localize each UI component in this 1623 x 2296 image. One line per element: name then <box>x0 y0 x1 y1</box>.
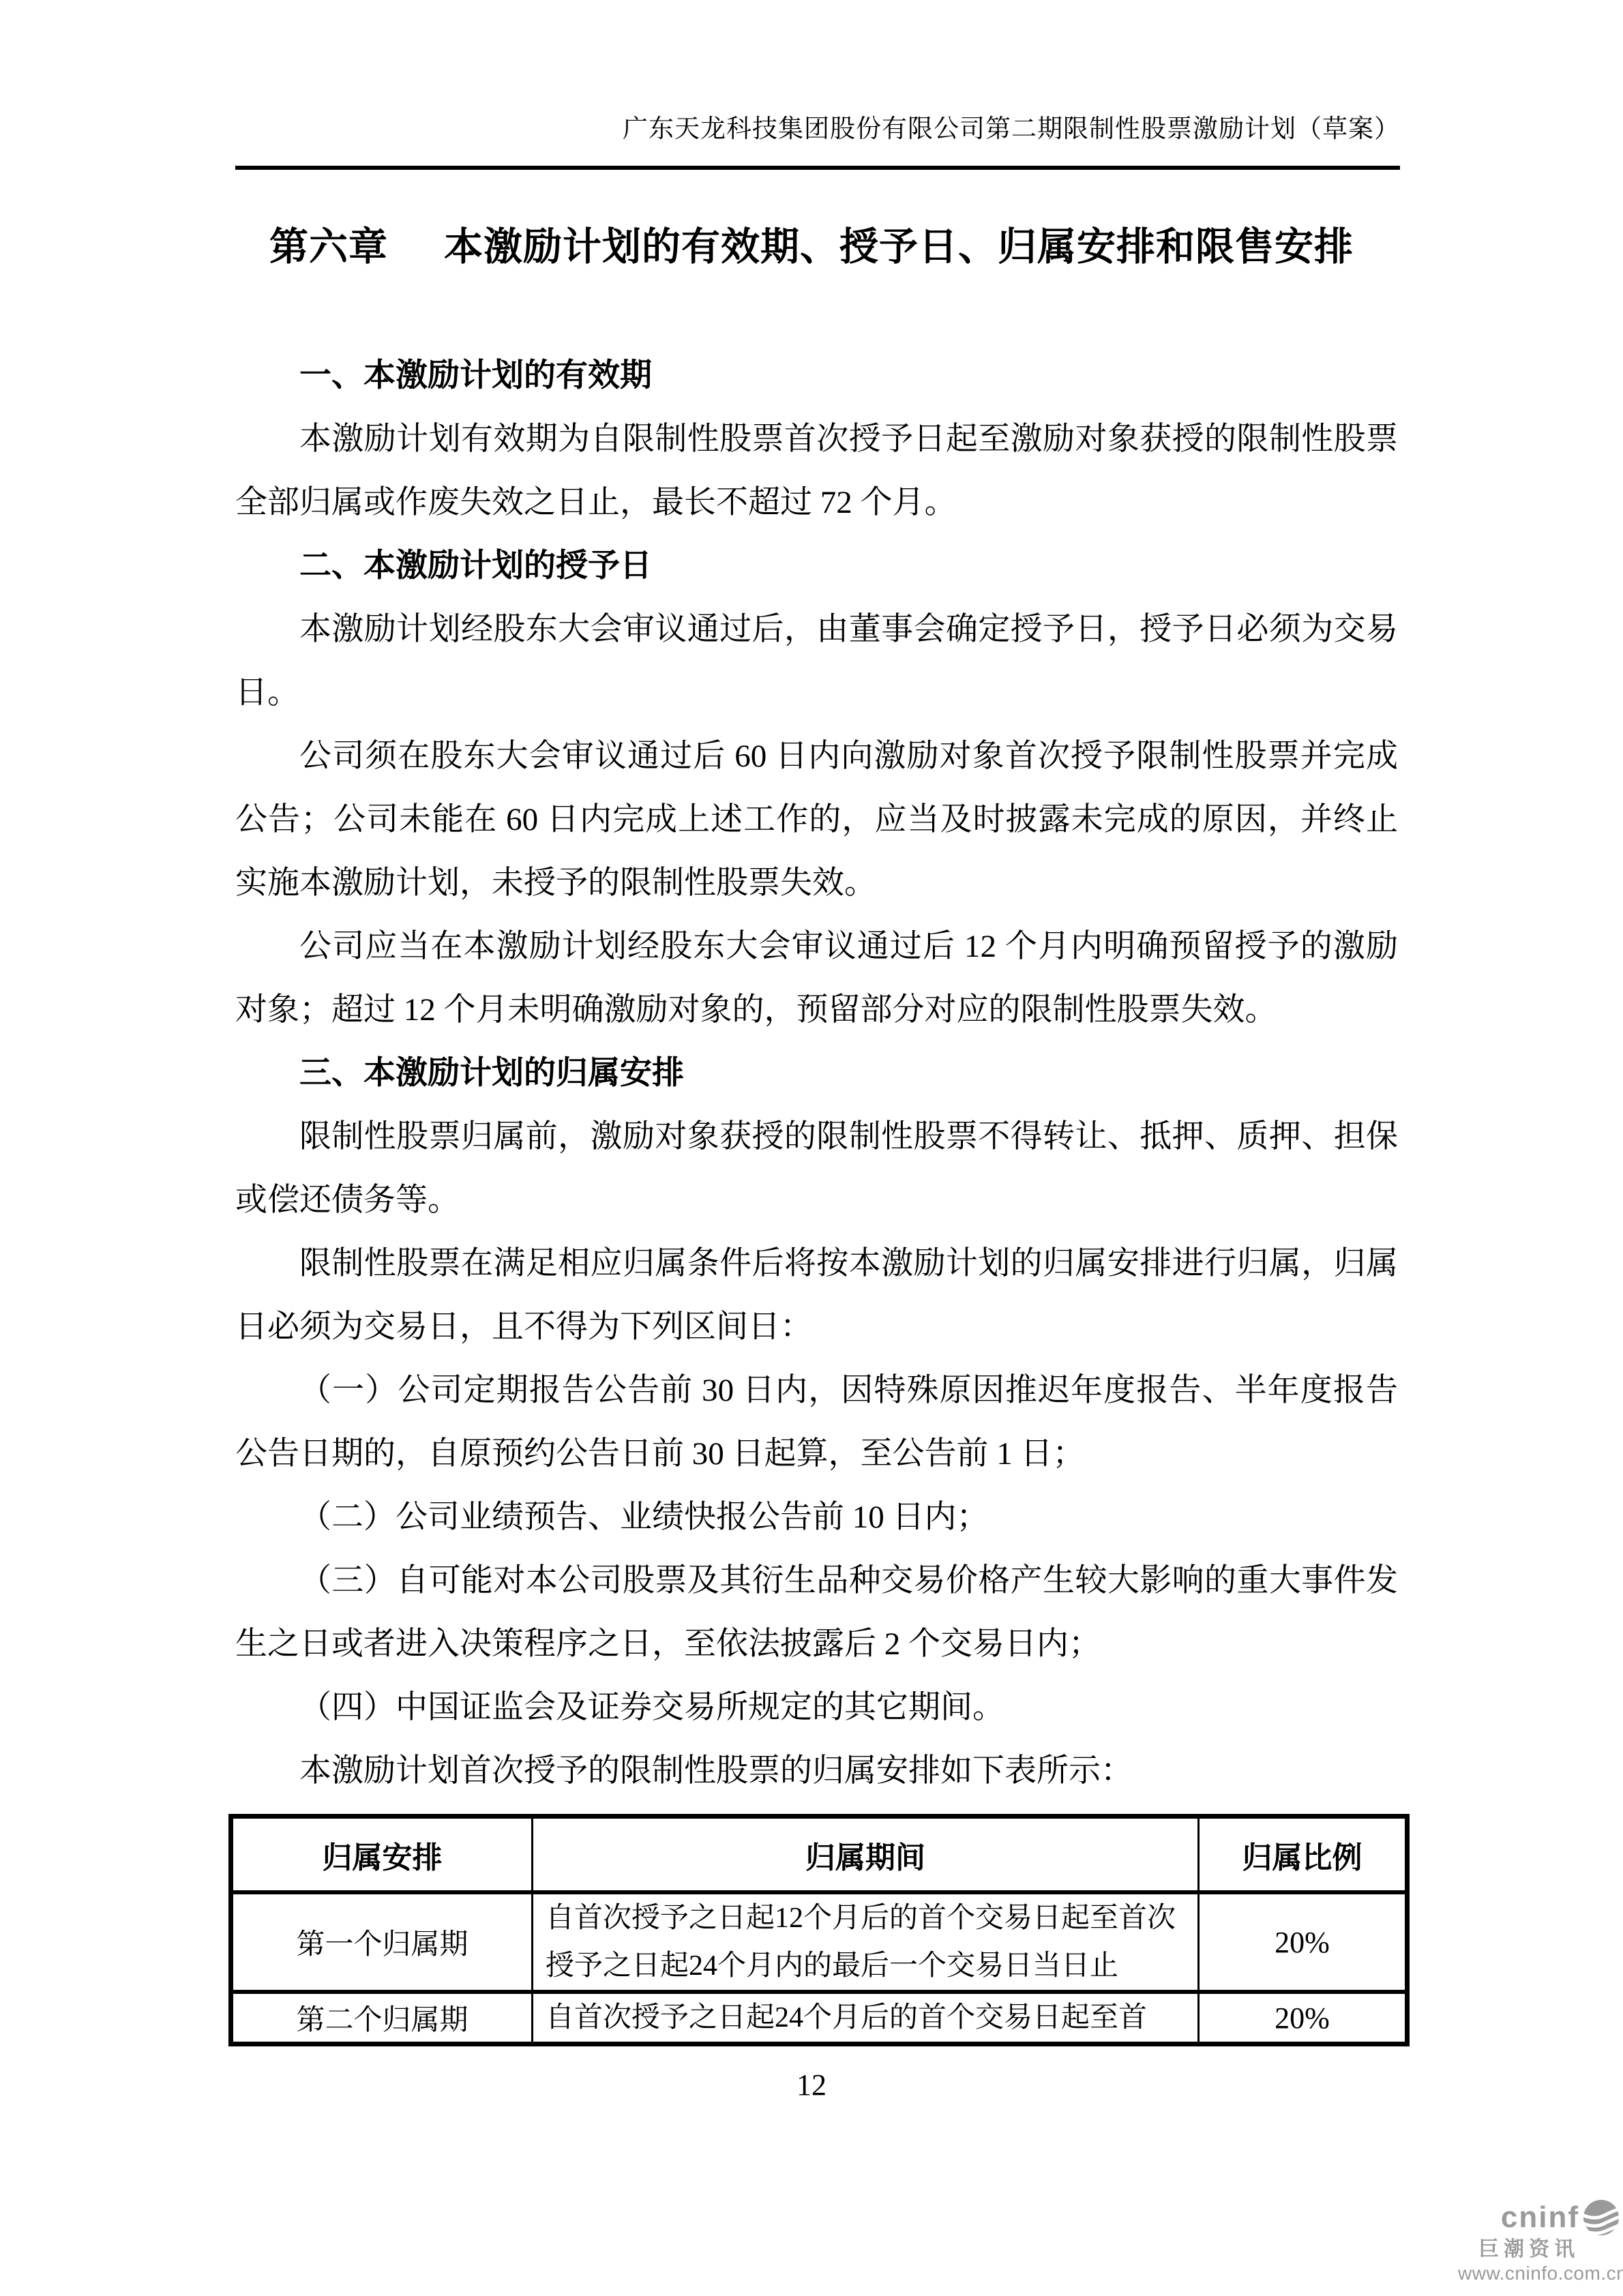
vesting-schedule-table: 归属安排 归属期间 归属比例 第一个归属期 自首次授予之日起12个月后的首个交易… <box>228 1814 1410 2046</box>
section-heading-2: 二、本激励计划的授予日 <box>235 535 1398 598</box>
paragraph: 限制性股票在满足相应归属条件后将按本激励计划的归属安排进行归属，归属日必须为交易… <box>235 1232 1398 1359</box>
cell-ratio: 20% <box>1199 1992 1408 2044</box>
section-heading-3: 三、本激励计划的归属安排 <box>235 1042 1398 1105</box>
page-number: 12 <box>0 2068 1623 2102</box>
cninfo-globe-icon <box>1583 2200 1619 2235</box>
chapter-number: 第六章 <box>269 226 388 269</box>
paragraph: 公司须在股东大会审议通过后 60 日内向激励对象首次授予限制性股票并完成公告；公… <box>235 725 1398 915</box>
table-header-row: 归属安排 归属期间 归属比例 <box>231 1817 1408 1893</box>
header-divider <box>235 166 1400 170</box>
document-page: 广东天龙科技集团股份有限公司第二期限制性股票激励计划（草案） 第六章本激励计划的… <box>0 0 1623 2296</box>
cninfo-brand-text: cninf <box>1501 2203 1579 2233</box>
chapter-title: 第六章本激励计划的有效期、授予日、归属安排和限售安排 <box>0 215 1623 271</box>
running-header: 广东天龙科技集团股份有限公司第二期限制性股票激励计划（草案） <box>235 108 1400 145</box>
col-header-period: 归属期间 <box>533 1817 1199 1893</box>
cninfo-url: www.cninfo.com.cn <box>1458 2264 1619 2283</box>
table-intro: 本激励计划首次授予的限制性股票的归属安排如下表所示： <box>235 1740 1398 1803</box>
list-item-3: （三）自可能对本公司股票及其衍生品种交易价格产生较大影响的重大事件发生之日或者进… <box>235 1549 1398 1676</box>
cell-period: 自首次授予之日起24个月后的首个交易日起至首 <box>533 1992 1199 2044</box>
paragraph: 公司应当在本激励计划经股东大会审议通过后 12 个月内明确预留授予的激励对象；超… <box>235 915 1398 1042</box>
col-header-schedule: 归属安排 <box>231 1817 533 1893</box>
table-row: 第二个归属期 自首次授予之日起24个月后的首个交易日起至首 20% <box>231 1992 1408 2044</box>
cninfo-brand-row: cninf <box>1458 2200 1619 2235</box>
document-body: 一、本激励计划的有效期 本激励计划有效期为自限制性股票首次授予日起至激励对象获授… <box>235 344 1398 1803</box>
paragraph: 限制性股票归属前，激励对象获授的限制性股票不得转让、抵押、质押、担保或偿还债务等… <box>235 1105 1398 1232</box>
cninfo-chinese-name: 巨潮资讯 <box>1458 2239 1619 2260</box>
table-row: 第一个归属期 自首次授予之日起12个月后的首个交易日起至首次授予之日起24个月内… <box>231 1892 1408 1992</box>
col-header-ratio: 归属比例 <box>1199 1817 1408 1893</box>
section-heading-1: 一、本激励计划的有效期 <box>235 344 1398 408</box>
list-item-4: （四）中国证监会及证券交易所规定的其它期间。 <box>235 1676 1398 1740</box>
cell-ratio: 20% <box>1199 1892 1408 1992</box>
cell-schedule: 第二个归属期 <box>231 1992 533 2044</box>
chapter-title-text: 本激励计划的有效期、授予日、归属安排和限售安排 <box>444 226 1354 269</box>
list-item-1: （一）公司定期报告公告前 30 日内，因特殊原因推迟年度报告、半年度报告公告日期… <box>235 1359 1398 1486</box>
paragraph: 本激励计划有效期为自限制性股票首次授予日起至激励对象获授的限制性股票全部归属或作… <box>235 408 1398 535</box>
paragraph: 本激励计划经股东大会审议通过后，由董事会确定授予日，授予日必须为交易日。 <box>235 598 1398 725</box>
cell-period: 自首次授予之日起12个月后的首个交易日起至首次授予之日起24个月内的最后一个交易… <box>533 1892 1199 1992</box>
list-item-2: （二）公司业绩预告、业绩快报公告前 10 日内； <box>235 1486 1398 1549</box>
cell-schedule: 第一个归属期 <box>231 1892 533 1992</box>
cninfo-logo: cninf 巨潮资讯 www.cninfo.com.cn <box>1458 2200 1619 2283</box>
